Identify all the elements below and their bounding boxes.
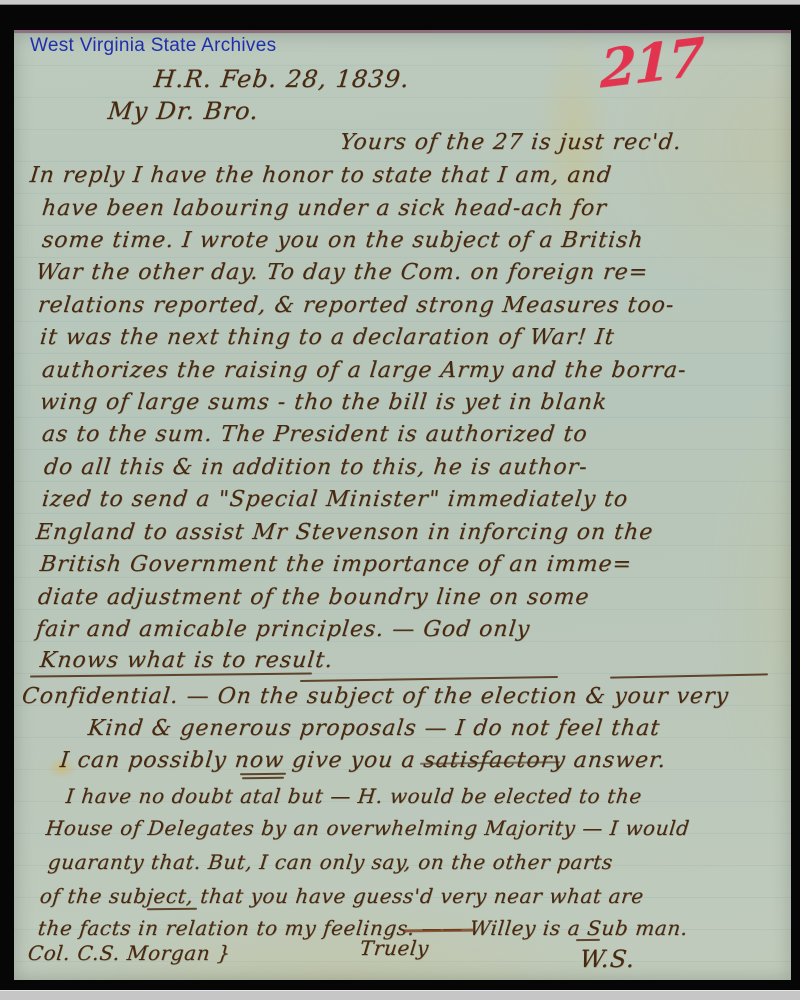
letter-line: do all this & in addition to this, he is… [43,455,589,480]
scanner-window-strip-top [0,0,800,5]
letter-line: some time. I wrote you on the subject of… [41,228,645,253]
letter-dateline: H.R. Feb. 28, 1839. [153,65,412,93]
letter-line: War the other day. To day the Com. on fo… [35,260,650,285]
scan-viewport: { "colors": { "paper": "#b9c7bb", "ink":… [0,0,800,1000]
letter-line: I can possibly now give you a satisfacto… [59,748,668,773]
archival-page-number: 217 [600,26,703,100]
archives-watermark-label: West Virginia State Archives [30,35,276,57]
letter-line: England to assist Mr Stevenson in inforc… [35,520,655,545]
letter-line: relations reported, & reported strong Me… [37,293,676,318]
letter-line: it was the next thing to a declaration o… [39,325,616,350]
letter-addressee: Col. C.S. Morgan } [27,941,232,965]
letter-line: have been labouring under a sick head-ac… [41,196,608,221]
letter-line: Kind & generous proposals — I do not fee… [87,716,662,741]
ink-underline-now [242,777,284,779]
letter-line: as to the sum. The President is authoriz… [41,422,589,447]
letter-line: of the subject, that you have guess'd ve… [39,884,645,908]
letter-line: Knows what is to result. [39,648,335,673]
letter-line: authorizes the raising of a large Army a… [41,358,688,383]
letter-signature: W.S. [579,945,637,973]
letter-line: guaranty that. But, I can only say, on t… [47,850,614,874]
ink-underline-now [240,773,286,775]
ink-underline-that [147,908,197,911]
ink-flourish-line [610,673,768,678]
letter-line: diate adjustment of the boundry line on … [37,585,591,610]
scanned-letter-page: West Virginia State Archives 217 H.R. Fe… [14,30,791,980]
letter-closing: Truely [359,936,430,960]
ink-underline-result [30,673,312,678]
ink-underline-is [576,939,600,941]
letter-line: British Government the importance of an … [39,552,634,577]
letter-line: fair and amicable principles. — God only [35,617,532,642]
letter-line: In reply I have the honor to state that … [29,163,613,188]
letter-line: House of Delegates by an overwhelming Ma… [45,816,691,840]
letter-line: I have no doubt atal but — H. would be e… [65,784,643,808]
letter-line: Yours of the 27 is just rec'd. [339,130,683,155]
letter-line: wing of large sums - tho the bill is yet… [39,390,609,415]
letter-line-confidential: Confidential. — On the subject of the el… [21,684,731,709]
ink-flourish-line [300,676,558,682]
letter-salutation: My Dr. Bro. [107,97,261,125]
letter-line: ized to send a "Special Minister" immedi… [41,487,630,512]
scanner-window-strip-bottom [0,990,800,1000]
